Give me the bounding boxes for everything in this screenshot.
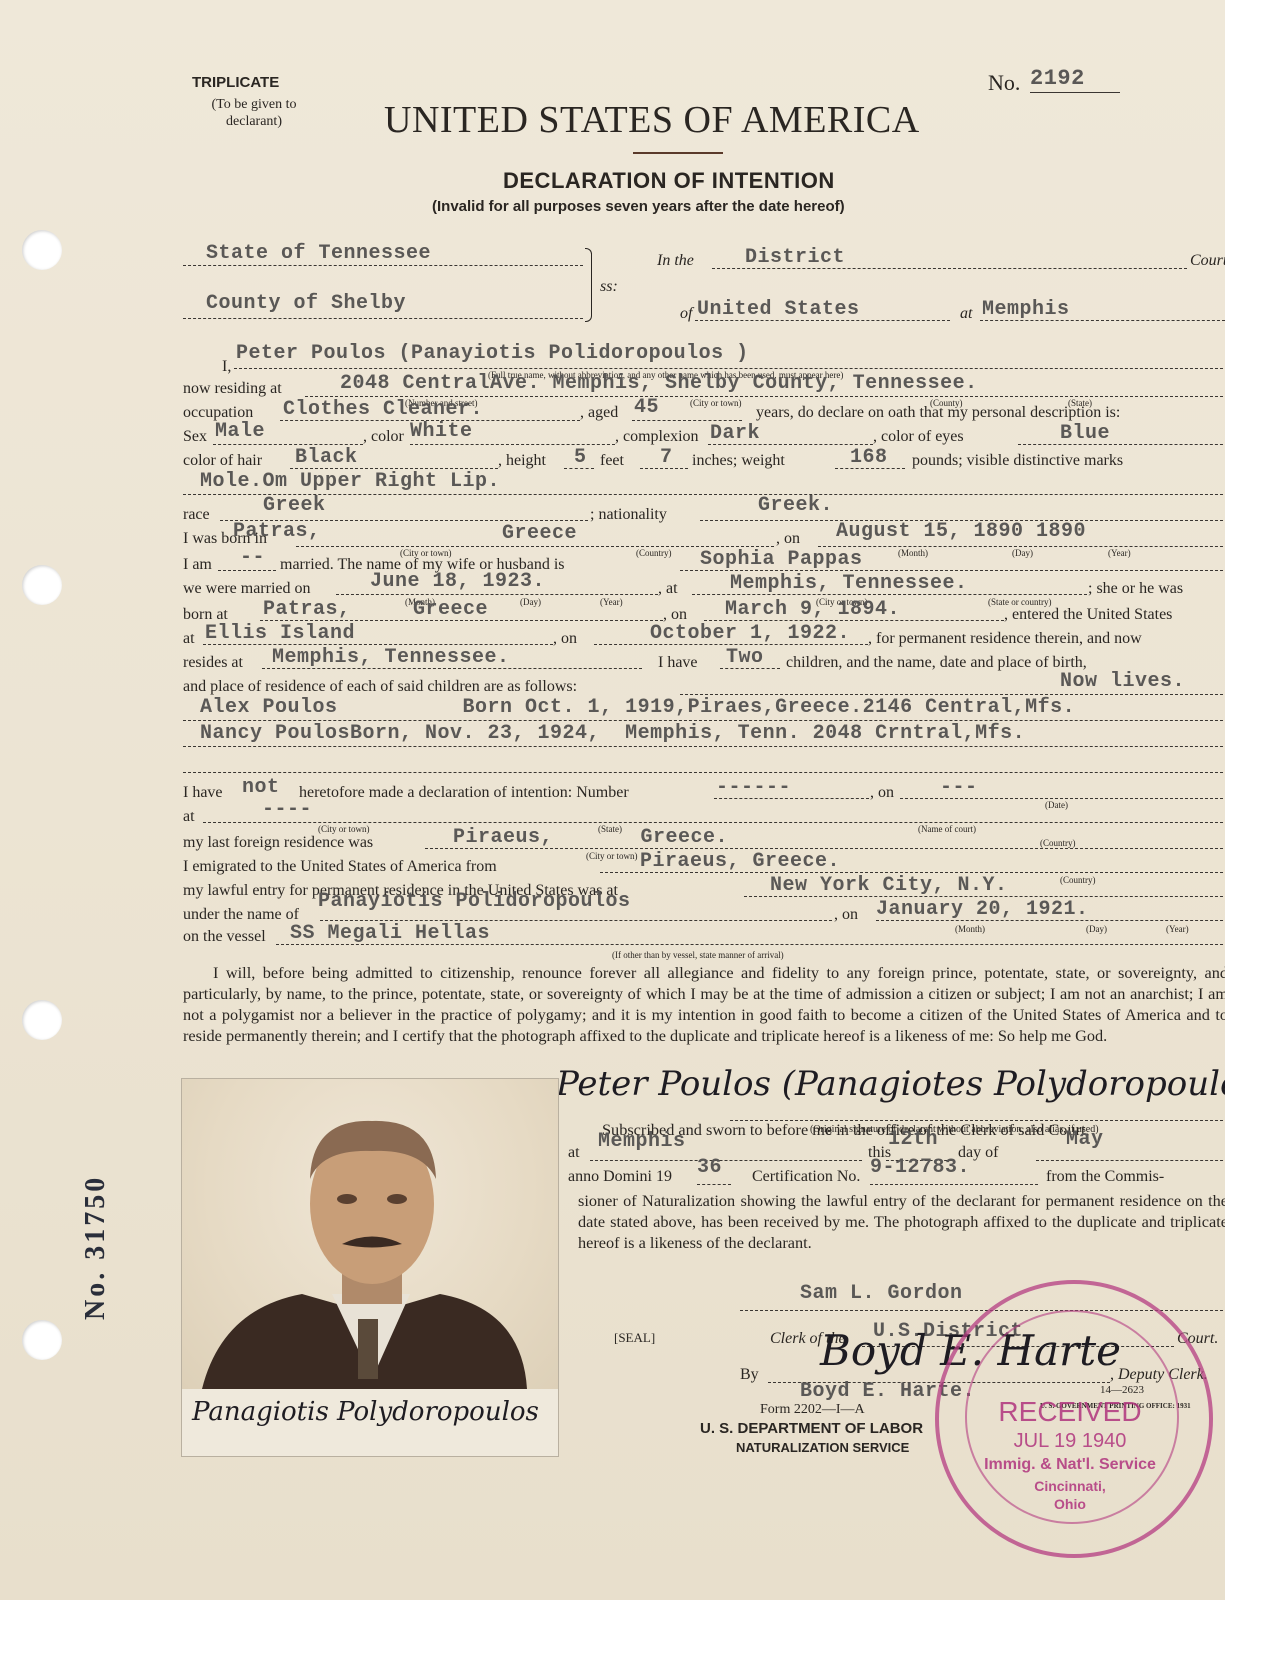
height-feet: 5 <box>574 446 587 469</box>
she-was-label: ; she or he was <box>1088 580 1183 598</box>
nationality-label: ; nationality <box>590 506 667 524</box>
in-the-label: In the <box>657 252 694 270</box>
ss-brace <box>585 248 592 322</box>
hint: (If other than by vessel, state manner o… <box>612 950 784 960</box>
hint: (Year) <box>1166 924 1189 934</box>
eyes-label: , color of eyes <box>873 428 964 446</box>
document-page: TRIPLICATE (To be given to declarant) No… <box>0 0 1225 1600</box>
aged-label: , aged <box>580 404 618 422</box>
hint: (City or town) <box>318 824 370 834</box>
hair-label: color of hair <box>183 452 262 470</box>
have-label: I have <box>658 654 698 672</box>
court-of: United States <box>697 298 860 321</box>
sex-value: Male <box>215 420 265 443</box>
inches-label: inches; weight <box>692 452 785 470</box>
country-title: UNITED STATES OF AMERICA <box>384 98 920 142</box>
stamp-city: Cincinnati, <box>990 1478 1150 1494</box>
permanent-label: , for permanent residence therein, and n… <box>868 630 1142 648</box>
married-status: -- <box>240 546 265 569</box>
cert-number: 9-12783. <box>870 1156 970 1179</box>
stamp-state: Ohio <box>990 1496 1150 1512</box>
sex-label: Sex <box>183 428 207 446</box>
punch-hole <box>22 1320 62 1360</box>
prior-status: not <box>242 776 280 799</box>
resides-label: resides at <box>183 654 243 672</box>
court-type: District <box>745 246 845 269</box>
nationality-value: Greek. <box>758 494 833 517</box>
residing-label: now residing at <box>183 380 282 398</box>
vessel-name: SS Megali Hellas <box>290 922 490 945</box>
marriage-place: Memphis, Tennessee. <box>730 572 968 595</box>
marriage-date: June 18, 1923. <box>370 570 545 593</box>
now-lives: Now lives. <box>1060 670 1185 693</box>
emigrated-label: I emigrated to the United States of Amer… <box>183 858 497 876</box>
declare-text: years, do declare on oath that my person… <box>756 404 1120 422</box>
entry-name: Panayiotis Polidoropoulos <box>318 890 631 913</box>
vessel-label: on the vessel <box>183 928 266 946</box>
form-number: Form 2202—I—A <box>760 1402 865 1418</box>
child-entry: Alex Poulos Born Oct. 1, 1919,Piraes,Gre… <box>200 696 1075 719</box>
punch-hole <box>22 565 62 605</box>
age-value: 45 <box>634 396 659 419</box>
spouse-residence: Memphis, Tennessee. <box>272 646 510 669</box>
entry-name-label: under the name of <box>183 906 299 924</box>
punch-hole <box>22 230 62 270</box>
scan-margin-bottom <box>0 1600 1272 1658</box>
declarant-full-name: Peter Poulos (Panayiotis Polidoropoulos … <box>236 342 749 365</box>
hint: (Country) <box>636 548 672 558</box>
hint: (Month) <box>955 924 985 934</box>
children-intro: and place of residence of each of said c… <box>183 678 577 696</box>
race-label: race <box>183 506 210 524</box>
at-label: at <box>183 808 195 826</box>
hint: (Date) <box>1045 800 1068 810</box>
child-entry: Nancy PoulosBorn, Nov. 23, 1924, Memphis… <box>200 722 1025 745</box>
children-label: children, and the name, date and place o… <box>786 654 1087 672</box>
entry-port: New York City, N.Y. <box>770 874 1008 897</box>
spouse-birth-date: March 9, 1894. <box>725 598 900 621</box>
jurat-day: 12th <box>888 1128 938 1151</box>
married-at-label: , at <box>658 580 678 598</box>
punch-hole <box>22 1000 62 1040</box>
race-value: Greek <box>263 494 326 517</box>
of-label: of <box>680 305 692 323</box>
stamp-date: JUL 19 1940 <box>990 1430 1150 1453</box>
cert-label: Certification No. <box>752 1168 860 1186</box>
height-label: , height <box>498 452 546 470</box>
number-label: No. <box>988 70 1020 96</box>
at-label: at <box>183 630 195 648</box>
jurat-month: May <box>1066 1128 1104 1151</box>
stamp-agency: Immig. & Nat'l. Service <box>975 1456 1165 1474</box>
spouse-name: Sophia Pappas <box>700 548 863 571</box>
jurat-body: sioner of Naturalization showing the law… <box>578 1190 1228 1253</box>
hint: (Day) <box>520 597 541 607</box>
declarant-photo: Panagiotis Polydoropoulos <box>181 1078 559 1457</box>
department: U. S. DEPARTMENT OF LABOR <box>700 1420 923 1437</box>
hint: (City or town) <box>586 851 638 861</box>
color-label: , color <box>363 428 404 446</box>
court-location: Memphis <box>982 298 1070 321</box>
copy-note: (To be given to declarant) <box>186 96 322 130</box>
by-label: By <box>740 1366 759 1384</box>
hint: (Year) <box>1108 548 1131 558</box>
hint: (Day) <box>1086 924 1107 934</box>
last-residence: Piraeus, Greece. <box>453 826 728 849</box>
weight-value: 168 <box>850 446 888 469</box>
photo-signature: Panagiotis Polydoropoulos <box>192 1397 539 1427</box>
occupation-value: Clothes Cleaner. <box>283 398 483 421</box>
hint: (Name of court) <box>918 824 976 834</box>
height-inches: 7 <box>660 446 673 469</box>
residence-value: 2048 CentralAve. Memphis, Shelby County,… <box>340 372 978 395</box>
hint: (Month) <box>898 548 928 558</box>
scan-margin <box>1225 0 1272 1658</box>
i-label: I, <box>222 358 231 376</box>
feet-label: feet <box>600 452 624 470</box>
entry-place: Ellis Island <box>205 622 355 645</box>
copy-type: TRIPLICATE <box>192 74 279 91</box>
validity-note: (Invalid for all purposes seven years af… <box>432 198 845 215</box>
color-value: White <box>410 420 473 443</box>
distinctive-marks: Mole.Om Upper Right Lip. <box>200 470 500 493</box>
prior-place: ---- <box>262 798 312 821</box>
seal-label: [SEAL] <box>614 1330 655 1346</box>
prior-number: ------ <box>716 776 791 799</box>
city-hint: (City or town) <box>690 398 742 408</box>
service: NATURALIZATION SERVICE <box>736 1440 909 1455</box>
cert-suffix: from the Commis- <box>1046 1168 1164 1186</box>
eyes-value: Blue <box>1060 422 1110 445</box>
married-on-label: we were married on <box>183 580 311 598</box>
hint: (Country) <box>1040 838 1076 848</box>
spouse-entry-date: October 1, 1922. <box>650 622 850 645</box>
document-number: 2192 <box>1030 66 1085 91</box>
complexion-value: Dark <box>710 422 760 445</box>
hint: (Country) <box>1060 875 1096 885</box>
entry-on-label: , on <box>834 906 858 924</box>
spouse-birth-place: Patras, Greece <box>263 598 488 621</box>
portrait-icon <box>182 1079 558 1389</box>
hint: (Day) <box>1012 548 1033 558</box>
hint: (Year) <box>600 597 623 607</box>
jurat-year: 36 <box>697 1156 722 1179</box>
prior-on-label: , on <box>870 784 894 802</box>
children-count: Two <box>726 646 764 669</box>
birth-city: Patras, <box>233 520 321 543</box>
i-am-label: I am <box>183 556 212 574</box>
hair-value: Black <box>295 446 358 469</box>
emigrated-from: Piraeus, Greece. <box>640 850 840 873</box>
birth-date: August 15, 1890 1890 <box>836 520 1086 543</box>
last-residence-label: my last foreign residence was <box>183 834 373 852</box>
oath-text: I will, before being admitted to citizen… <box>183 962 1228 1046</box>
jurat-at-label: at <box>568 1144 580 1162</box>
entry-on-label: , on <box>553 630 577 648</box>
clerk-name: Sam L. Gordon <box>800 1282 963 1305</box>
form-title: DECLARATION OF INTENTION <box>503 168 835 194</box>
stamp-received: RECEIVED <box>990 1396 1150 1428</box>
ss-label: ss: <box>600 278 618 296</box>
entered-label: , entered the United States <box>1004 606 1172 624</box>
title-rule <box>633 152 723 154</box>
serial-label: No. <box>80 1270 111 1320</box>
birth-country: Greece <box>502 522 577 545</box>
entry-date: January 20, 1921. <box>876 898 1089 921</box>
born-on-label: , on <box>776 530 800 548</box>
venue-state: State of Tennessee <box>206 242 431 265</box>
court-label: Court <box>1190 252 1227 270</box>
prior-date: --- <box>940 776 978 799</box>
declarant-signature: Peter Poulos (Panagiotes Polydoropoulos) <box>556 1064 1271 1104</box>
serial-value: 31750 <box>80 1175 111 1260</box>
complexion-label: , complexion <box>615 428 699 446</box>
at-label: at <box>960 305 972 323</box>
jurat-place: Memphis <box>598 1130 686 1153</box>
have-label: I have <box>183 784 223 802</box>
prior-label: heretofore made a declaration of intenti… <box>299 784 629 802</box>
anno-label: anno Domini 19 <box>568 1168 672 1186</box>
pounds-label: pounds; visible distinctive marks <box>912 452 1123 470</box>
venue-county: County of Shelby <box>206 292 406 315</box>
serial-number: No. 31750 <box>80 1175 112 1320</box>
